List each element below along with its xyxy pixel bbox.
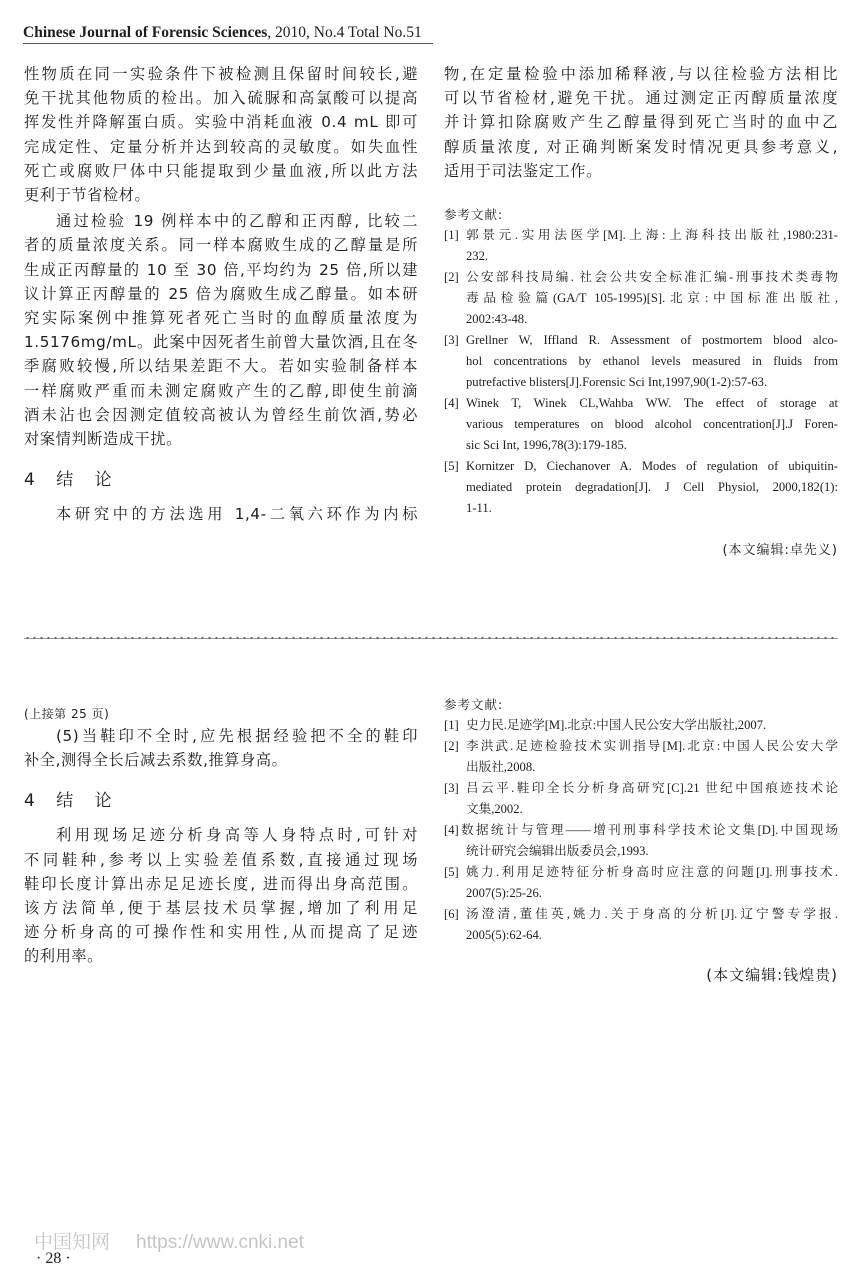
reference-number: [5] — [444, 456, 459, 477]
reference-line: Grellner W, Iffland R. Assessment of pos… — [466, 330, 838, 351]
article1-right-column: 物,在定量检验中添加稀释液,与以往检验方法相比 可以节省检材,避免干扰。通过测定… — [444, 62, 838, 571]
text-line: 通过检验 19 例样本中的乙醇和正丙醇, 比较二 — [24, 209, 418, 233]
article1-paragraph-3: 物,在定量检验中添加稀释液,与以往检验方法相比 可以节省检材,避免干扰。通过测定… — [444, 62, 838, 183]
reference-line: 公安部科技局编. 社会公共安全标准汇编-刑事技术类毒物 — [466, 267, 838, 288]
reference-line: 李洪武.足迹检验技术实训指导[M].北京:中国人民公安大学 — [466, 736, 838, 757]
reference-line: 2002:43-48. — [466, 309, 838, 330]
reference-number: [4] — [444, 823, 459, 837]
text-line: 生成正丙醇量的 10 至 30 倍,平均约为 25 倍,所以建 — [24, 258, 418, 282]
reference-item: [5] Kornitzer D, Ciechanover A. Modes of… — [444, 456, 838, 519]
reference-item: [2] 公安部科技局编. 社会公共安全标准汇编-刑事技术类毒物 毒品检验篇(GA… — [444, 267, 838, 330]
cnki-watermark: 中国知网https://www.cnki.net — [34, 1227, 304, 1254]
journal-title: Chinese Journal of Forensic Sciences — [23, 24, 267, 41]
text-line: 并计算扣除腐败产生乙醇量得到死亡当时的血中乙 — [444, 110, 838, 134]
reference-line: 姚力.利用足迹特征分析身高时应注意的问题[J].刑事技术. — [466, 862, 838, 883]
article1-paragraph-1: 性物质在同一实验条件下被检测且保留时间较长,避 免干扰其他物质的检出。加入硫脲和… — [24, 62, 418, 207]
text-line: 议计算正丙醇量的 25 倍为腐败生成乙醇量。如本研 — [24, 282, 418, 306]
text-line: 死亡或腐败尸体中只能提取到少量血液,所以此方法 — [24, 159, 418, 183]
reference-line: 2005(5):62-64. — [466, 925, 838, 946]
reference-line: hol concentrations by ethanol levels mea… — [466, 351, 838, 372]
section-heading-conclusion: 4 结 论 — [24, 465, 418, 490]
reference-item: [2] 李洪武.足迹检验技术实训指导[M].北京:中国人民公安大学 出版社,20… — [444, 736, 838, 778]
text-line: 免干扰其他物质的检出。加入硫脲和高氯酸可以提高 — [24, 86, 418, 110]
reference-item: [3] Grellner W, Iffland R. Assessment of… — [444, 330, 838, 393]
text-line: 该方法简单,便于基层技术员掌握,增加了利用足 — [24, 896, 418, 920]
text-line: 挥发性并降解蛋白质。实验中消耗血液 0.4 mL 即可 — [24, 110, 418, 134]
reference-number: [2] — [444, 736, 459, 757]
reference-line-text: 数据统计与管理——增刊刑事科学技术论文集[D].中国现场 — [459, 823, 838, 837]
text-line: 季腐败较慢,所以结果差距不大。若如实验制备样本 — [24, 354, 418, 378]
reference-line: putrefactive blisters[J].Forensic Sci In… — [466, 372, 838, 393]
references-title: 参考文献: — [444, 205, 838, 223]
section-heading-conclusion: 4 结 论 — [24, 786, 418, 811]
watermark-url: https://www.cnki.net — [136, 1232, 304, 1253]
article1-conclusion: 本研究中的方法选用 1,4-二氧六环作为内标 — [24, 502, 418, 526]
page-number: · 28 · — [36, 1250, 71, 1268]
reference-number: [4] — [444, 393, 459, 414]
article1-paragraph-2: 通过检验 19 例样本中的乙醇和正丙醇, 比较二 者的质量浓度关系。同一样本腐败… — [24, 209, 418, 451]
article2-left-column: (上接第 25 页) (5)当鞋印不全时,应先根据经验把不全的鞋印 补全,测得全… — [24, 705, 418, 969]
article2-conclusion: 利用现场足迹分析身高等人身特点时,可针对 不同鞋种,参考以上实验差值系数,直接通… — [24, 823, 418, 968]
text-line: (5)当鞋印不全时,应先根据经验把不全的鞋印 — [24, 724, 418, 748]
text-line: 一样腐败严重而未测定腐败产生的乙醇,即使生前滴 — [24, 379, 418, 403]
reference-line: various temperatures on blood alcohol co… — [466, 414, 838, 435]
text-line: 不同鞋种,参考以上实验差值系数,直接通过现场 — [24, 848, 418, 872]
reference-item: [4] Winek T, Winek CL,Wahba WW. The effe… — [444, 393, 838, 456]
reference-item: [1] 郭景元.实用法医学[M].上海:上海科技出版社,1980:231- 23… — [444, 225, 838, 267]
text-line: 对案情判断造成干扰。 — [24, 427, 418, 451]
text-line: 物,在定量检验中添加稀释液,与以往检验方法相比 — [444, 62, 838, 86]
reference-number: [2] — [444, 267, 459, 288]
reference-line: 出版社,2008. — [466, 757, 838, 778]
reference-number: [1] — [444, 225, 459, 246]
reference-line: sic Sci Int, 1996,78(3):179-185. — [466, 435, 838, 456]
reference-number: [3] — [444, 330, 459, 351]
article2-references: 参考文献: [1] 史力民.足迹学[M].北京:中国人民公安大学出版社,2007… — [444, 695, 838, 946]
text-line: 迹分析身高的可操作性和实用性,从而提高了足迹 — [24, 920, 418, 944]
text-line: 利用现场足迹分析身高等人身特点时,可针对 — [24, 823, 418, 847]
reference-line: mediated protein degradation[J]. J Cell … — [466, 477, 838, 498]
reference-number: [6] — [444, 904, 459, 925]
text-line: 适用于司法鉴定工作。 — [444, 159, 838, 183]
issue-info: , 2010, No.4 Total No.51 — [267, 24, 422, 41]
text-line: 鞋印长度计算出赤足足迹长度, 进而得出身高范围。 — [24, 872, 418, 896]
reference-item: [4]数据统计与管理——增刊刑事科学技术论文集[D].中国现场 统计研究会编辑出… — [444, 820, 838, 862]
reference-line: 文集,2002. — [466, 799, 838, 820]
reference-item: [3] 吕云平.鞋印全长分析身高研究[C].21 世纪中国痕迹技术论 文集,20… — [444, 778, 838, 820]
reference-line: 统计研究会编辑出版委员会,1993. — [444, 841, 838, 862]
text-line: 醇质量浓度, 对正确判断案发时情况更具参考意义, — [444, 135, 838, 159]
text-line: 可以节省检材,避免干扰。通过测定正丙醇质量浓度 — [444, 86, 838, 110]
text-line: 的利用率。 — [24, 944, 418, 968]
references-title: 参考文献: — [444, 695, 838, 713]
reference-number: [3] — [444, 778, 459, 799]
reference-line: 毒品检验篇(GA/T 105-1995)[S].北京:中国标准出版社, — [466, 288, 838, 309]
text-line: 1.5176mg/mL。此案中因死者生前曾大量饮酒,且在冬 — [24, 330, 418, 354]
text-line: 者的质量浓度关系。同一样本腐败生成的乙醇量是所 — [24, 233, 418, 257]
reference-line: 232. — [466, 246, 838, 267]
reference-item: [5] 姚力.利用足迹特征分析身高时应注意的问题[J].刑事技术. 2007(5… — [444, 862, 838, 904]
reference-line: 郭景元.实用法医学[M].上海:上海科技出版社,1980:231- — [466, 225, 838, 246]
reference-line: Kornitzer D, Ciechanover A. Modes of reg… — [466, 456, 838, 477]
reference-line: 史力民.足迹学[M].北京:中国人民公安大学出版社,2007. — [466, 715, 838, 736]
reference-item: [6] 汤澄清,董佳英,姚力.关于身高的分析[J].辽宁警专学报. 2005(5… — [444, 904, 838, 946]
text-line: 究实际案例中推算死者死亡当时的血醇质量浓度为 — [24, 306, 418, 330]
continued-from-note: (上接第 25 页) — [24, 705, 418, 722]
article1-references: 参考文献: [1] 郭景元.实用法医学[M].上海:上海科技出版社,1980:2… — [444, 205, 838, 519]
reference-line: 2007(5):25-26. — [466, 883, 838, 904]
reference-number: [1] — [444, 715, 459, 736]
reference-number: [5] — [444, 862, 459, 883]
text-line: 酒未沾也会因测定值较高被认为曾经生前饮酒,势必 — [24, 403, 418, 427]
article1-left-column: 性物质在同一实验条件下被检测且保留时间较长,避 免干扰其他物质的检出。加入硫脲和… — [24, 62, 418, 526]
text-line: 补全,测得全长后减去系数,推算身高。 — [24, 748, 418, 772]
reference-line: 汤澄清,董佳英,姚力.关于身高的分析[J].辽宁警专学报. — [466, 904, 838, 925]
reference-line: [4]数据统计与管理——增刊刑事科学技术论文集[D].中国现场 — [444, 820, 838, 841]
reference-item: [1] 史力民.足迹学[M].北京:中国人民公安大学出版社,2007. — [444, 715, 838, 736]
reference-line: 吕云平.鞋印全长分析身高研究[C].21 世纪中国痕迹技术论 — [466, 778, 838, 799]
text-line: 完成定性、定量分析并达到较高的灵敏度。如失血性 — [24, 135, 418, 159]
article-divider — [24, 636, 838, 640]
running-header: Chinese Journal of Forensic Sciences, 20… — [23, 24, 433, 44]
article2-right-column: 参考文献: [1] 史力民.足迹学[M].北京:中国人民公安大学出版社,2007… — [444, 695, 838, 1000]
article2-paragraph-1: (5)当鞋印不全时,应先根据经验把不全的鞋印 补全,测得全长后减去系数,推算身高… — [24, 724, 418, 772]
reference-line: 1-11. — [466, 498, 838, 519]
text-line: 更利于节省检材。 — [24, 183, 418, 207]
editor-credit: (本文编辑:钱煌贵) — [444, 964, 838, 985]
editor-credit: (本文编辑:卓先义) — [444, 539, 838, 558]
text-line: 性物质在同一实验条件下被检测且保留时间较长,避 — [24, 62, 418, 86]
text-line: 本研究中的方法选用 1,4-二氧六环作为内标 — [24, 502, 418, 526]
reference-line: Winek T, Winek CL,Wahba WW. The effect o… — [466, 393, 838, 414]
